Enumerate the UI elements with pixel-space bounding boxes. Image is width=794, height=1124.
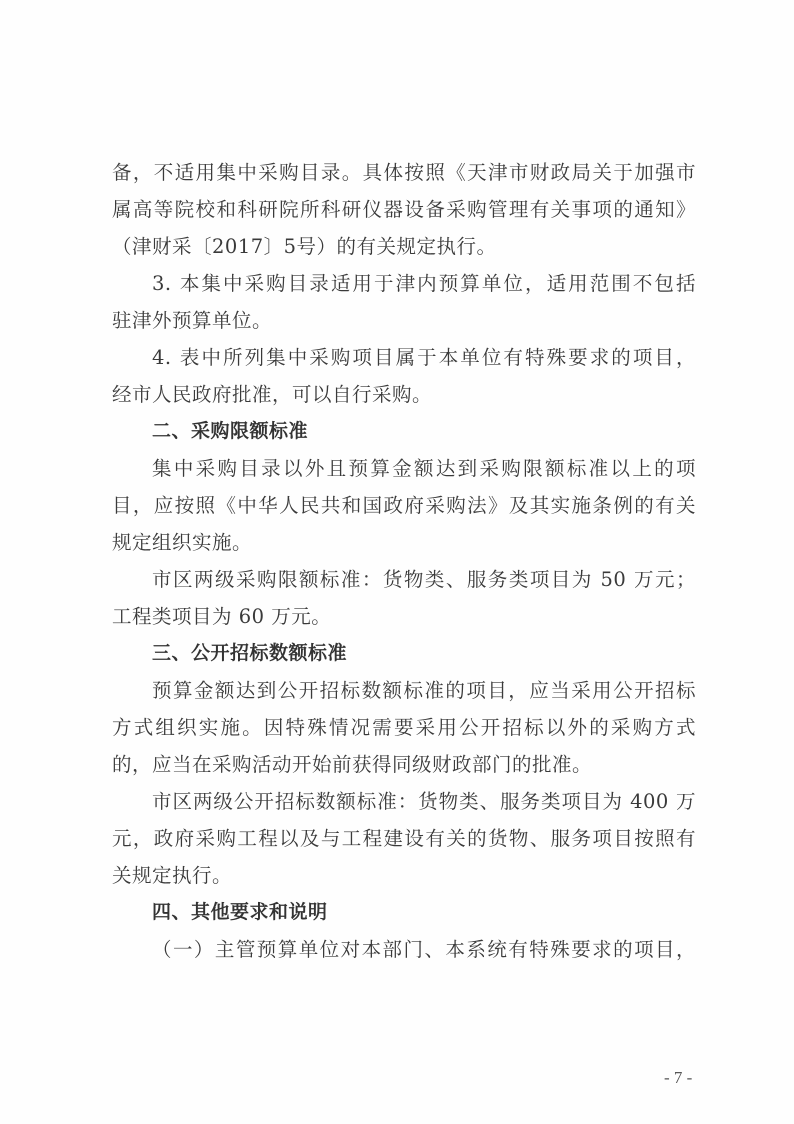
text-line: 市区两级采购限额标准：货物类、服务类项目为 50 万元；: [112, 561, 696, 598]
text-line: 的，应当在采购活动开始前获得同级财政部门的批准。: [112, 746, 696, 783]
text-line: 3. 本集中采购目录适用于津内预算单位，适用范围不包括: [112, 265, 696, 302]
section-heading: 四、其他要求和说明: [112, 894, 696, 931]
section-heading: 三、公开招标数额标准: [112, 635, 696, 672]
text-line: （津财采〔2017〕5号）的有关规定执行。: [112, 228, 696, 265]
text-line: 市区两级公开招标数额标准：货物类、服务类项目为 400 万: [112, 783, 696, 820]
text-line: （一）主管预算单位对本部门、本系统有特殊要求的项目，: [112, 931, 696, 968]
page-number: - 7 -: [664, 1068, 692, 1088]
text-line: 驻津外预算单位。: [112, 302, 696, 339]
text-line: 元，政府采购工程以及与工程建设有关的货物、服务项目按照有: [112, 820, 696, 857]
text-line: 备，不适用集中采购目录。具体按照《天津市财政局关于加强市: [112, 154, 696, 191]
text-line: 方式组织实施。因特殊情况需要采用公开招标以外的采购方式: [112, 709, 696, 746]
text-line: 目，应按照《中华人民共和国政府采购法》及其实施条例的有关: [112, 487, 696, 524]
document-page: 备，不适用集中采购目录。具体按照《天津市财政局关于加强市属高等院校和科研院所科研…: [0, 0, 794, 1124]
text-line: 集中采购目录以外且预算金额达到采购限额标准以上的项: [112, 450, 696, 487]
text-line: 属高等院校和科研院所科研仪器设备采购管理有关事项的通知》: [112, 191, 696, 228]
text-line: 关规定执行。: [112, 857, 696, 894]
document-body: 备，不适用集中采购目录。具体按照《天津市财政局关于加强市属高等院校和科研院所科研…: [112, 154, 696, 968]
text-line: 规定组织实施。: [112, 524, 696, 561]
section-heading: 二、采购限额标准: [112, 413, 696, 450]
text-line: 工程类项目为 60 万元。: [112, 598, 696, 635]
text-line: 预算金额达到公开招标数额标准的项目，应当采用公开招标: [112, 672, 696, 709]
text-line: 经市人民政府批准，可以自行采购。: [112, 376, 696, 413]
text-line: 4. 表中所列集中采购项目属于本单位有特殊要求的项目，: [112, 339, 696, 376]
